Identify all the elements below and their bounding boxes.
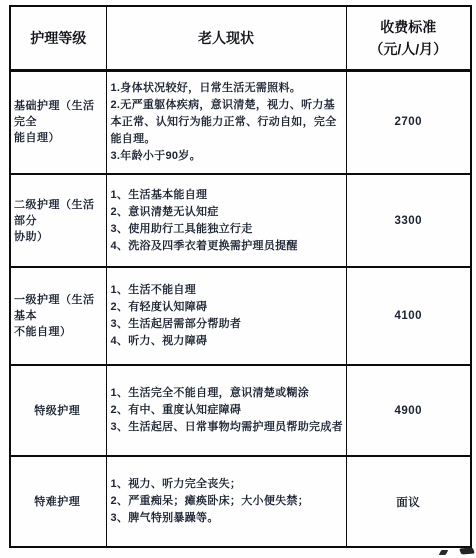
care-row-level1: 一级护理（生活基本 不能自理） 1、生活不能自理 2、有轻度认知障碍 3、生活起…: [10, 267, 471, 365]
header-fee-standard: 收费标准 （元/人/月）: [346, 6, 471, 70]
fee-cell: 4900: [346, 365, 471, 456]
scan-artifact-mark: [459, 548, 475, 555]
header-row: 护理等级 老人现状 收费标准 （元/人/月）: [10, 6, 471, 70]
fee-cell: 面议: [346, 456, 471, 547]
care-row-difficult: 特难护理 1、视力、听力完全丧失； 2、严重痴呆；瘫痪卧床；大小便失禁； 3、脾…: [10, 456, 471, 547]
elder-status-cell: 1、生活基本能自理 2、意识清楚无认知症 3、使用助行工具能独立行走 4、洗浴及…: [106, 174, 346, 267]
care-level-cell: 基础护理（生活完全 能自理）: [10, 70, 106, 174]
elder-status-cell: 1、视力、听力完全丧失； 2、严重痴呆；瘫痪卧床；大小便失禁； 3、脾气特别暴躁…: [106, 456, 346, 547]
scanned-fee-table-page: 护理等级 老人现状 收费标准 （元/人/月） 基础护理（生活完全 能自理） 1.…: [0, 0, 476, 558]
scan-artifact: [440, 547, 474, 556]
care-level-cell: 特难护理: [10, 456, 106, 547]
care-level-cell: 一级护理（生活基本 不能自理）: [10, 267, 106, 365]
header-elder-status: 老人现状: [106, 6, 346, 70]
elder-status-cell: 1、生活完全不能自理，意识清楚或糊涂 2、有中、重度认知症障碍 3、生活起居、日…: [106, 365, 346, 456]
care-level-cell: 特级护理: [10, 365, 106, 456]
fee-cell: 4100: [346, 267, 471, 365]
care-row-basic: 基础护理（生活完全 能自理） 1.身体状况较好，日常生活无需照料。 2.无严重躯…: [10, 70, 471, 174]
fee-cell: 2700: [346, 70, 471, 174]
header-care-level: 护理等级: [10, 6, 106, 70]
care-row-special: 特级护理 1、生活完全不能自理，意识清楚或糊涂 2、有中、重度认知症障碍 3、生…: [10, 365, 471, 456]
scan-artifact-mark: [439, 550, 449, 555]
care-row-level2: 二级护理（生活部分 协助） 1、生活基本能自理 2、意识清楚无认知症 3、使用助…: [10, 174, 471, 267]
elder-status-cell: 1、生活不能自理 2、有轻度认知障碍 3、生活起居需部分帮助者 4、听力、视力障…: [106, 267, 346, 365]
nursing-fee-table: 护理等级 老人现状 收费标准 （元/人/月） 基础护理（生活完全 能自理） 1.…: [9, 5, 472, 548]
care-level-cell: 二级护理（生活部分 协助）: [10, 174, 106, 267]
fee-cell: 3300: [346, 174, 471, 267]
elder-status-cell: 1.身体状况较好，日常生活无需照料。 2.无严重躯体疾病，意识清楚，视力、听力基…: [106, 70, 346, 174]
